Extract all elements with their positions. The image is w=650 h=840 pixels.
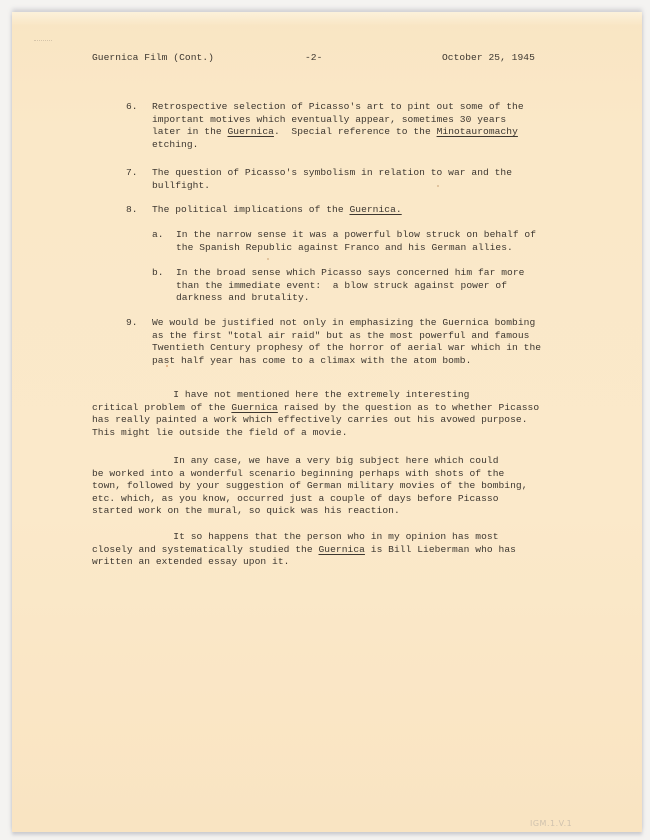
underlined-title: Guernica — [228, 126, 274, 137]
paragraph-line: closely and systematically studied the G… — [92, 544, 516, 557]
subitem-text-line: In the narrow sense it was a powerful bl… — [176, 229, 536, 242]
paragraph-line: In any case, we have a very big subject … — [92, 455, 499, 468]
item-text-line: important motives which eventually appea… — [152, 114, 506, 127]
paragraph-line: critical problem of the Guernica raised … — [92, 402, 539, 415]
underlined-title: Guernica. — [349, 204, 401, 215]
paragraph-line: I have not mentioned here the extremely … — [92, 389, 469, 402]
item-text-line: past half year has come to a climax with… — [152, 355, 471, 368]
paragraph-line: written an extended essay upon it. — [92, 556, 289, 569]
header-date: October 25, 1945 — [442, 52, 535, 65]
subitem-text-line: the Spanish Republic against Franco and … — [176, 242, 513, 255]
item-number: 9. — [126, 317, 138, 330]
paragraph-line: It so happens that the person who in my … — [92, 531, 499, 544]
item-text-line: etching. — [152, 139, 198, 152]
paper-speck — [166, 365, 168, 367]
underlined-title: Guernica — [231, 402, 277, 413]
document-page: Guernica Film (Cont.) -2- October 25, 19… — [12, 12, 642, 832]
subitem-text-line: darkness and brutality. — [176, 292, 310, 305]
subitem-letter: b. — [152, 267, 164, 280]
item-text-line: The question of Picasso's symbolism in r… — [152, 167, 512, 180]
paragraph-line: town, followed by your suggestion of Ger… — [92, 480, 528, 493]
underlined-title: Guernica — [318, 544, 364, 555]
item-text-line: Twentieth Century prophesy of the horror… — [152, 342, 541, 355]
item-text-line: later in the Guernica. Special reference… — [152, 126, 518, 139]
page-number: -2- — [305, 52, 322, 65]
margin-mark — [34, 40, 52, 43]
item-text-line: Retrospective selection of Picasso's art… — [152, 101, 524, 114]
paragraph-line: This might lie outside the field of a mo… — [92, 427, 348, 440]
subitem-text-line: In the broad sense which Picasso says co… — [176, 267, 524, 280]
subitem-text-line: than the immediate event: a blow struck … — [176, 280, 507, 293]
item-number: 6. — [126, 101, 138, 114]
accession-mark: IGM.1.V.1 — [530, 819, 572, 828]
underlined-title: Minotauromachy — [437, 126, 518, 137]
paragraph-line: etc. which, as you know, occurred just a… — [92, 493, 499, 506]
paragraph-line: started work on the mural, so quick was … — [92, 505, 400, 518]
header-title: Guernica Film (Cont.) — [92, 52, 214, 65]
item-text-line: bullfight. — [152, 180, 210, 193]
item-number: 7. — [126, 167, 138, 180]
subitem-letter: a. — [152, 229, 164, 242]
item-text-line: We would be justified not only in emphas… — [152, 317, 535, 330]
paragraph-line: be worked into a wonderful scenario begi… — [92, 468, 504, 481]
item-text-line: as the first "total air raid" but as the… — [152, 330, 529, 343]
paper-speck — [267, 258, 269, 260]
item-text-line: The political implications of the Guerni… — [152, 204, 402, 217]
paragraph-line: has really painted a work which effectiv… — [92, 414, 528, 427]
item-number: 8. — [126, 204, 138, 217]
paper-speck — [437, 185, 439, 187]
